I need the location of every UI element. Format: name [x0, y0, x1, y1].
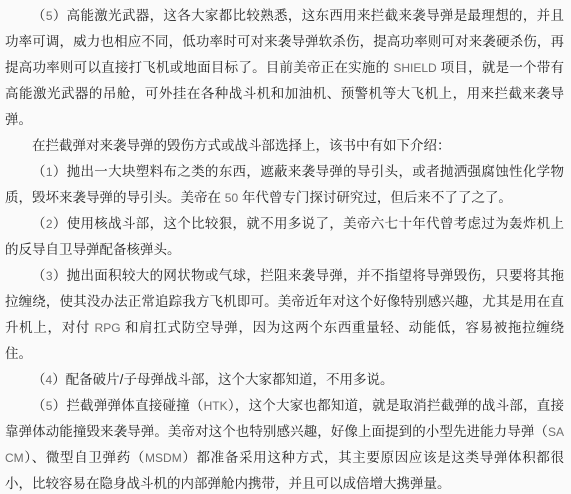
paragraph-3: （1）抛出一大块塑料布之类的东西，遮蔽来袭导弹的导引头，或者抛洒强腐蚀性化学物质…	[5, 159, 564, 211]
document-page: （5）高能激光武器，这各大家都比较熟悉，这东西用来拦截来袭导弹是最理想的，并且功…	[0, 0, 571, 494]
latin-text: 4	[46, 373, 53, 387]
latin-text: 50	[225, 191, 238, 205]
latin-text: RPG	[95, 321, 121, 335]
latin-text: 5	[46, 9, 53, 23]
latin-text: 5	[46, 399, 53, 413]
paragraph-6: （4）配备破片/子母弹战斗部，这个大家都知道，不用多说。	[5, 367, 564, 393]
latin-text: HTK	[204, 399, 228, 413]
latin-text: SHIELD	[393, 61, 436, 75]
paragraph-5: （3）抛出面积较大的网状物或气球，拦阻来袭导弹，并不指望将导弹毁伤，只要将其拖拉…	[5, 263, 564, 367]
latin-text: 1	[46, 165, 53, 179]
latin-text: MSDM	[145, 451, 182, 465]
latin-text: 2	[46, 217, 53, 231]
paragraph-1: （5）高能激光武器，这各大家都比较熟悉，这东西用来拦截来袭导弹是最理想的，并且功…	[5, 3, 564, 133]
latin-text: SACM	[5, 425, 564, 465]
paragraph-4: （2）使用核战斗部，这个比较狠，就不用多说了，美帝六七十年代曾考虑过为轰炸机上的…	[5, 211, 564, 263]
paragraph-2: 在拦截弹对来袭导弹的毁伤方式或战斗部选择上，该书中有如下介绍：	[5, 133, 564, 159]
paragraph-7: （5）拦截弹弹体直接碰撞（HTK），这个大家也都知道，就是取消拦截弹的战斗部，直…	[5, 393, 564, 494]
document-body: （5）高能激光武器，这各大家都比较熟悉，这东西用来拦截来袭导弹是最理想的，并且功…	[0, 0, 571, 494]
latin-text: 3	[46, 269, 53, 283]
